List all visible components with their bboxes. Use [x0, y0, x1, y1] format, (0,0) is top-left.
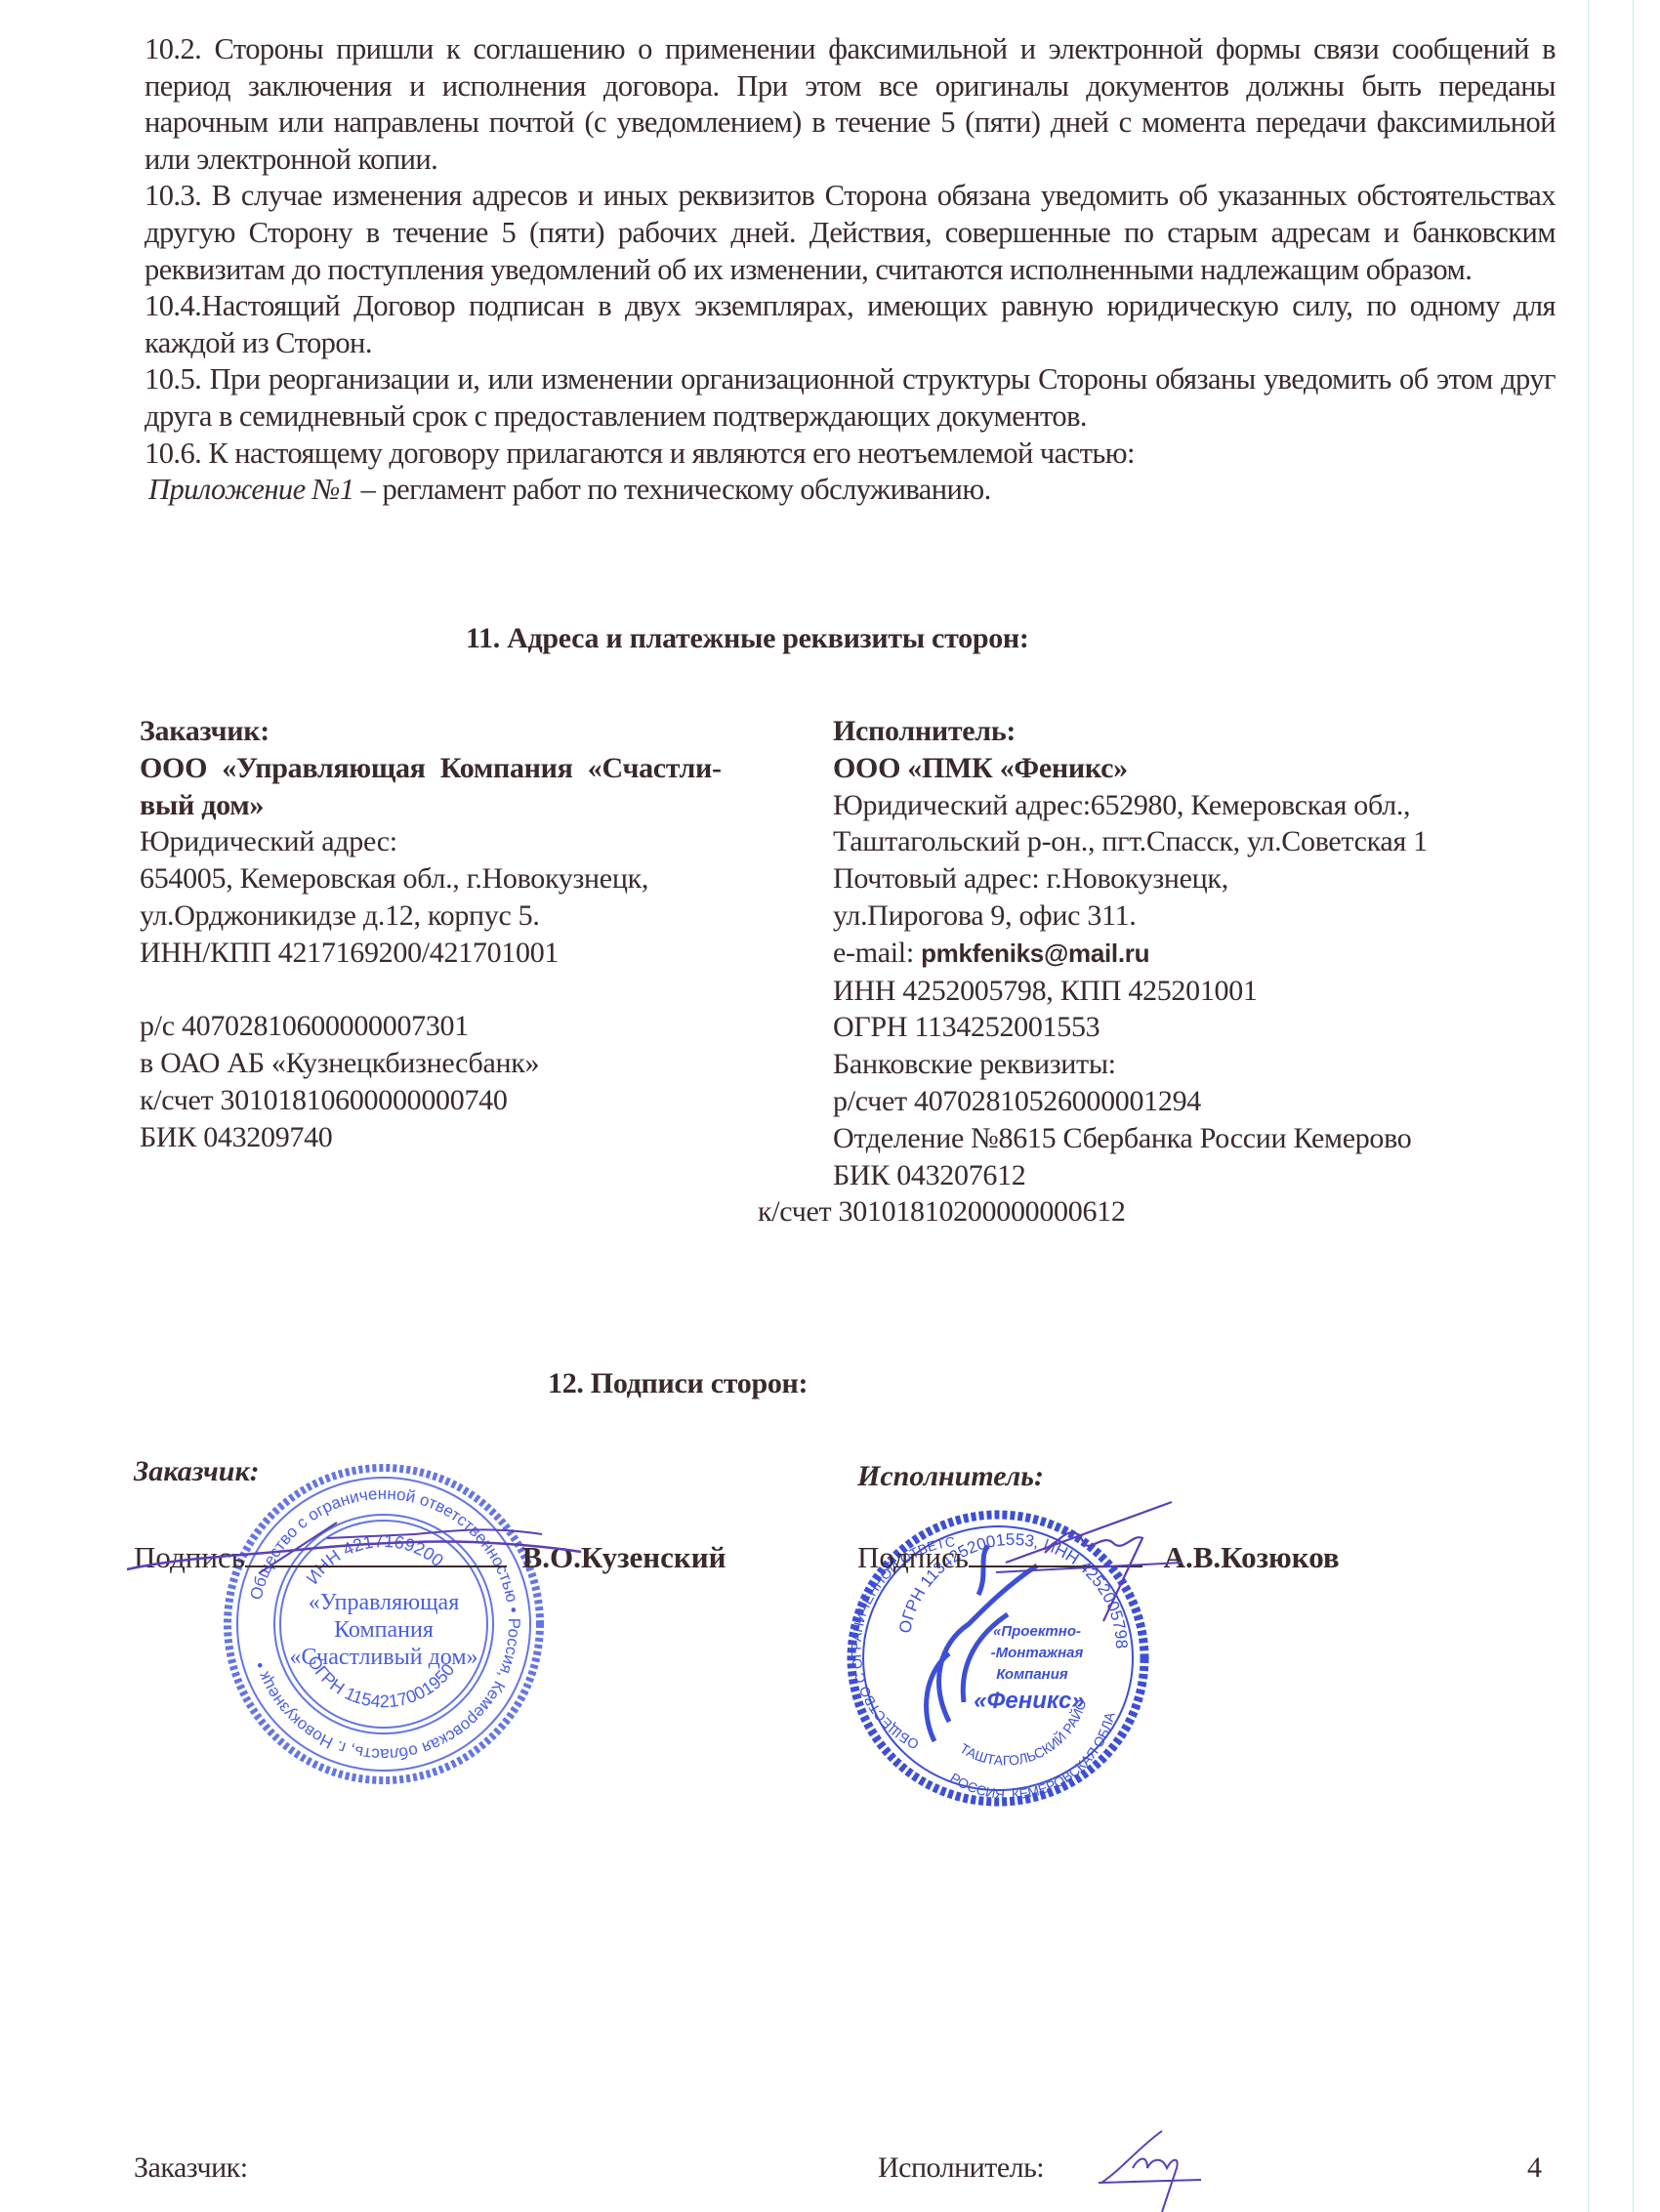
- contractor-signature-role: Исполнитель:: [857, 1460, 1044, 1493]
- customer-account: р/с 40702810600000007301: [140, 1008, 804, 1045]
- contractor-corr-account: к/счет 30101810200000000612: [758, 1193, 1575, 1231]
- document-page: 10.2. Стороны пришли к соглашению о прим…: [0, 0, 1660, 2212]
- contractor-detail-line: Таштагольский р-он., пгт.Спасск, ул.Сове…: [833, 823, 1575, 860]
- appendix-reference: Приложение №1 – регламент работ по техни…: [145, 472, 1556, 509]
- contractor-inn-kpp: ИНН 4252005798, КПП 425201001: [833, 973, 1575, 1010]
- contractor-signature-label: Подпись: [857, 1540, 969, 1574]
- section-12-title: 12. Подписи сторон:: [548, 1367, 808, 1400]
- customer-bik: БИК 043209740: [140, 1119, 804, 1156]
- clause-10-2: 10.2. Стороны пришли к соглашению о прим…: [145, 31, 1556, 178]
- contractor-bank: Отделение №8615 Сбербанка России Кемеров…: [833, 1120, 1575, 1157]
- footer-customer-label: Заказчик:: [134, 2151, 248, 2185]
- footer-contractor-label: Исполнитель:: [878, 2151, 1044, 2185]
- scan-artifact-line: [1588, 0, 1589, 2212]
- customer-detail-line: ул.Орджоникидзе д.12, корпус 5.: [140, 897, 804, 935]
- customer-detail-line: 654005, Кемеровская обл., г.Новокузнецк,: [140, 860, 804, 897]
- contractor-bank-heading: Банковские реквизиты:: [833, 1046, 1575, 1083]
- clause-10-3: 10.3. В случае изменения адресов и иных …: [145, 178, 1556, 288]
- customer-inn-kpp: ИНН/КПП 4217169200/421701001: [140, 935, 804, 972]
- svg-text:«Феникс»: «Феникс»: [974, 1688, 1084, 1714]
- svg-text:Компания: Компания: [996, 1666, 1068, 1683]
- appendix-label: Приложение №1: [148, 473, 354, 506]
- contractor-details: Исполнитель: ООО «ПМК «Феникс» Юридическ…: [833, 713, 1575, 1231]
- contractor-handwritten-signature-icon: [976, 1494, 1201, 1631]
- contractor-bik: БИК 043207612: [833, 1157, 1575, 1194]
- email-label: e-mail:: [833, 937, 921, 969]
- customer-role: Заказчик:: [140, 713, 804, 750]
- scan-artifact-line: [1633, 0, 1634, 2212]
- appendix-text: – регламент работ по техническому обслуж…: [354, 473, 991, 506]
- contractor-role: Исполнитель:: [833, 713, 1575, 750]
- contractor-ogrn: ОГРН 1134252001553: [833, 1009, 1575, 1046]
- customer-corr-account: к/счет 30101810600000000740: [140, 1082, 804, 1119]
- contractor-detail-line: Почтовый адрес: г.Новокузнецк,: [833, 860, 1575, 897]
- customer-details: Заказчик: ООО «Управляющая Компания «Сча…: [140, 713, 804, 1156]
- customer-name-line1: ООО «Управляющая Компания «Счастли-: [140, 750, 804, 787]
- clause-10-6: 10.6. К настоящему договору прилагаются …: [145, 436, 1556, 473]
- contractor-email-link[interactable]: pmkfeniks@mail.ru: [921, 939, 1149, 968]
- customer-bank: в ОАО АБ «Кузнецкбизнесбанк»: [140, 1045, 804, 1082]
- customer-name-line2: вый дом»: [140, 787, 804, 824]
- svg-text:-Монтажная: -Монтажная: [991, 1645, 1084, 1661]
- clause-10-5: 10.5. При реорганизации и, или изменении…: [145, 361, 1556, 435]
- contractor-detail-line: ул.Пирогова 9, офис 311.: [833, 897, 1575, 935]
- clauses-section-10: 10.2. Стороны пришли к соглашению о прим…: [145, 31, 1556, 509]
- svg-text:«Управляющая: «Управляющая: [309, 1590, 460, 1615]
- contractor-account: р/счет 40702810526000001294: [833, 1083, 1575, 1120]
- contractor-email-row: e-mail: pmkfeniks@mail.ru: [833, 935, 1575, 973]
- contractor-detail-line: Юридический адрес:652980, Кемеровская об…: [833, 787, 1575, 824]
- contractor-name: ООО «ПМК «Феникс»: [833, 750, 1575, 787]
- footer-initials-signature-icon: [1094, 2129, 1211, 2212]
- customer-handwritten-signature-icon: [122, 1509, 591, 1587]
- page-number: 4: [1527, 2151, 1542, 2185]
- svg-text:Компания: Компания: [334, 1617, 434, 1643]
- clause-10-4: 10.4.Настоящий Договор подписан в двух э…: [145, 288, 1556, 361]
- customer-detail-line: Юридический адрес:: [140, 823, 804, 860]
- svg-text:«Счастливый дом»: «Счастливый дом»: [289, 1645, 477, 1670]
- customer-spacer: [140, 972, 804, 1009]
- section-11-title: 11. Адреса и платежные реквизиты сторон:: [466, 622, 1029, 655]
